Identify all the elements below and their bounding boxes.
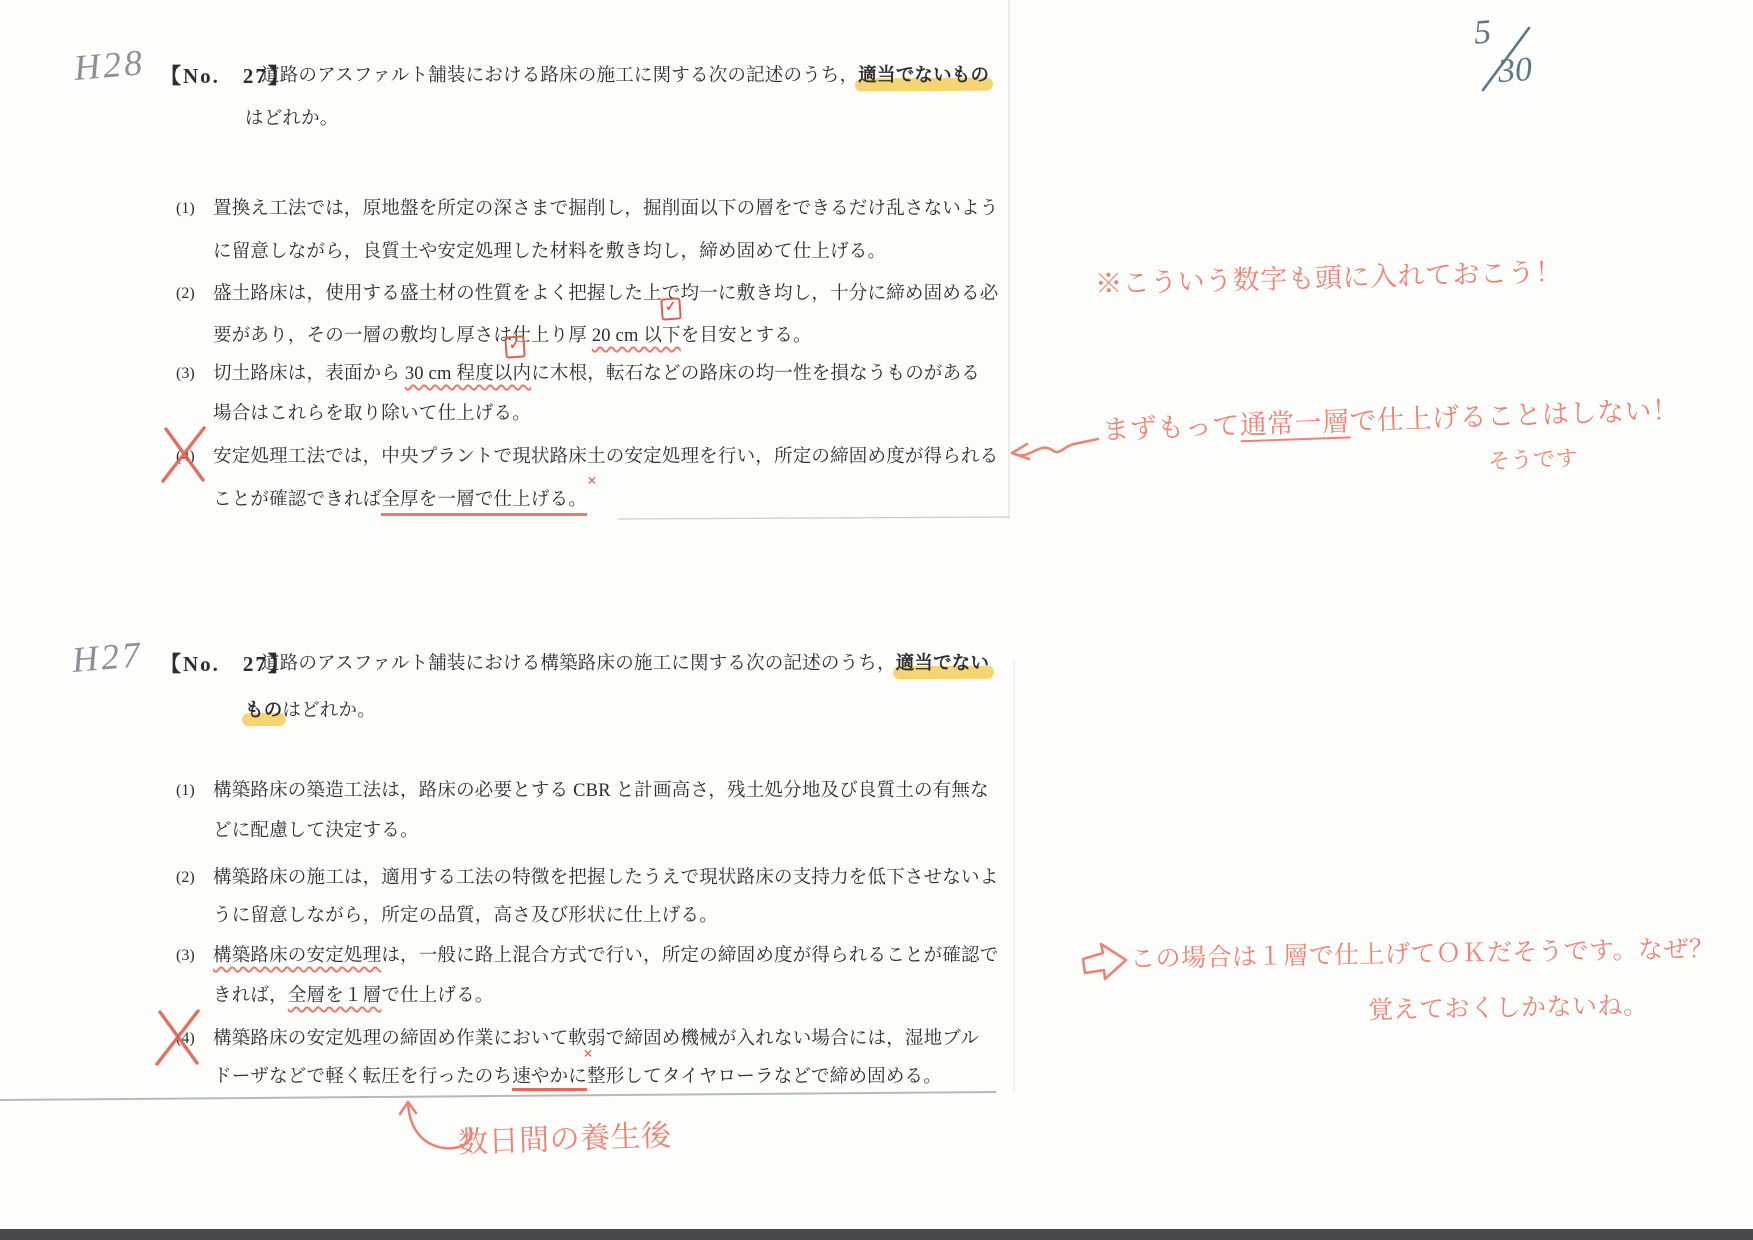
- question-title-h28-line2: はどれか。: [245, 106, 339, 132]
- cross-icon: ×: [583, 1045, 593, 1062]
- page-number-top: 5: [1473, 13, 1493, 52]
- highlighted-phrase: 適当でない: [896, 654, 990, 674]
- item-number: (2): [176, 281, 195, 307]
- handwriting-overlay: [0, 0, 1753, 1240]
- item-number: (3): [176, 361, 195, 387]
- item-4-line1: 安定処理工法では，中央プラントで現状路床土の安定処理を行い，所定の締固め度が得ら…: [213, 444, 998, 470]
- text: に木根，転石などの路床の均一性を損なうものがある: [531, 364, 980, 384]
- question-title-h28-line1: 道路のアスファルト舗装における路床の施工に関する次の記述のうち，適当でないもの: [261, 63, 989, 89]
- underlined-text: 通常一層: [1239, 406, 1350, 442]
- text: 切土路床は，表面から: [213, 364, 405, 384]
- wavy-underlined-one-layer: 全層を１層: [288, 986, 382, 1006]
- item-1-line2: に留意しながら，良質土や安定処理した材料を敷き均し，締め固めて仕上げる。: [213, 239, 886, 265]
- item-number: (4): [176, 1026, 195, 1052]
- text: は，一般に路上混合方式で行い，所定の締固め度が得られることが確認で: [381, 946, 998, 966]
- item-3-line2: 場合はこれらを取り除いて仕上げる。: [213, 401, 531, 427]
- item-1-line2: どに配慮して決定する。: [213, 818, 419, 844]
- wavy-underlined-20cm: 20 cm 以下✓: [592, 326, 681, 346]
- question-title-h27-line2: ものはどれか。: [245, 698, 376, 724]
- annotation-ok-one-layer: この場合は１層で仕上げてＯＫだそうです。なぜ？: [1130, 929, 1715, 975]
- annotation-curing-days: 数日間の養生後: [457, 1110, 672, 1161]
- item-number: (2): [176, 865, 195, 891]
- text: 全厚を一層で仕上げる。: [381, 490, 587, 510]
- item-number: (1): [176, 196, 195, 222]
- check-glyph: ✓: [664, 300, 677, 316]
- item-4-line1: 構築路床の安定処理の締固め作業において軟弱で締固め機械が入れない場合には，湿地ブ…: [213, 1026, 979, 1052]
- hollow-arrow-icon: [1083, 944, 1126, 979]
- check-icon: ✓: [504, 335, 525, 358]
- text: ことが確認できれば: [213, 490, 381, 510]
- title-text: 道路のアスファルト舗装における路床の施工に関する次の記述のうち，: [261, 66, 858, 86]
- annotation-remember-numbers: ※こういう数字も頭に入れておこう！: [1095, 250, 1563, 301]
- scan-bottom-strip: [0, 1229, 1753, 1240]
- year-label-h27: H27: [70, 633, 144, 681]
- item-1-line1: 構築路床の築造工法は，路床の必要とする CBR と計画高さ，残土処分地及び良質土…: [213, 778, 989, 804]
- text: まずもって: [1102, 410, 1240, 445]
- title-text: はどれか。: [282, 701, 376, 721]
- text: を目安とする。: [681, 326, 812, 346]
- year-label-h28: H28: [72, 41, 146, 89]
- item-3-line2: きれば，全層を１層で仕上げる。: [213, 983, 494, 1009]
- red-underlined-phrase: 全厚を一層で仕上げる。×: [381, 490, 587, 516]
- arrow-to-h28-item4: [1012, 439, 1098, 459]
- text: 30 cm 程度以内: [405, 364, 531, 384]
- cross-glyph: ×: [587, 471, 597, 490]
- text: 要があり，その一層の敷均し厚さは仕上り厚: [213, 326, 592, 346]
- item-4-line2: ことが確認できれば全厚を一層で仕上げる。×: [213, 487, 587, 513]
- text: ドーザなどで軽く転圧を行ったのち: [213, 1067, 512, 1087]
- wavy-underlined-phrase: 構築路床の安定処理: [213, 946, 381, 966]
- item-2-line1: 構築路床の施工は，適用する工法の特徴を把握したうえで現状路床の支持力を低下させな…: [213, 865, 998, 891]
- text: で仕上げる。: [381, 986, 493, 1006]
- item-2-line1: 盛土路床は，使用する盛土材の性質をよく把握した上で均一に敷き均し，十分に締め固め…: [213, 281, 998, 307]
- check-glyph: ✓: [509, 338, 522, 354]
- item-1-line1: 置換え工法では，原地盤を所定の深さまで掘削し，掘削面以下の層をできるだけ乱さない…: [213, 196, 998, 222]
- annotation-must-memorize: 覚えておくしかないね。: [1368, 986, 1649, 1027]
- item-3-line1: 切土路床は，表面から 30 cm 程度以内✓に木根，転石などの路床の均一性を損な…: [213, 361, 980, 387]
- scan-edge-horizontal-q1: [618, 517, 1009, 519]
- scan-edge-horizontal-q2: [0, 1092, 996, 1100]
- text: きれば，: [213, 986, 288, 1006]
- item-4-line2: ドーザなどで軽く転圧を行ったのち速やかに×整形してタイヤローラなどで締め固める。: [213, 1064, 942, 1090]
- annotation-souda: そうです: [1487, 441, 1578, 475]
- cross-icon: ×: [587, 472, 597, 489]
- highlighted-phrase: もの: [245, 701, 282, 721]
- annotation-never-one-layer: まずもって通常一層で仕上げることはしない！: [1101, 388, 1680, 447]
- question-title-h27-line1: 道路のアスファルト舗装における構築路床の施工に関する次の記述のうち，適当でない: [261, 651, 989, 677]
- check-icon: ✓: [660, 297, 681, 320]
- text: 速やかに: [512, 1067, 587, 1087]
- text: 20 cm 以下: [592, 326, 681, 346]
- highlighted-phrase: 適当でないもの: [858, 66, 989, 86]
- text: で仕上げることはしない！: [1349, 395, 1680, 436]
- page-number-bottom: 30: [1497, 51, 1534, 91]
- item-number: (3): [176, 943, 195, 969]
- item-number: (1): [176, 778, 195, 804]
- text: 整形してタイヤローラなどで締め固める。: [587, 1067, 942, 1087]
- title-text: 道路のアスファルト舗装における構築路床の施工に関する次の記述のうち，: [261, 654, 896, 674]
- cross-glyph: ×: [583, 1044, 593, 1063]
- scanned-exam-page: 5 30 H28 【No. 27】 道路のアスファルト舗装における路床の施工に関…: [0, 0, 1753, 1240]
- item-number: (4): [176, 444, 195, 470]
- red-underlined-quickly: 速やかに×: [512, 1067, 587, 1091]
- item-3-line1: 構築路床の安定処理は，一般に路上混合方式で行い，所定の締固め度が得られることが確…: [213, 943, 998, 969]
- item-2-line2: うに留意しながら，所定の品質，高さ及び形状に仕上げる。: [213, 903, 718, 929]
- wavy-underlined-30cm: 30 cm 程度以内✓: [405, 364, 531, 384]
